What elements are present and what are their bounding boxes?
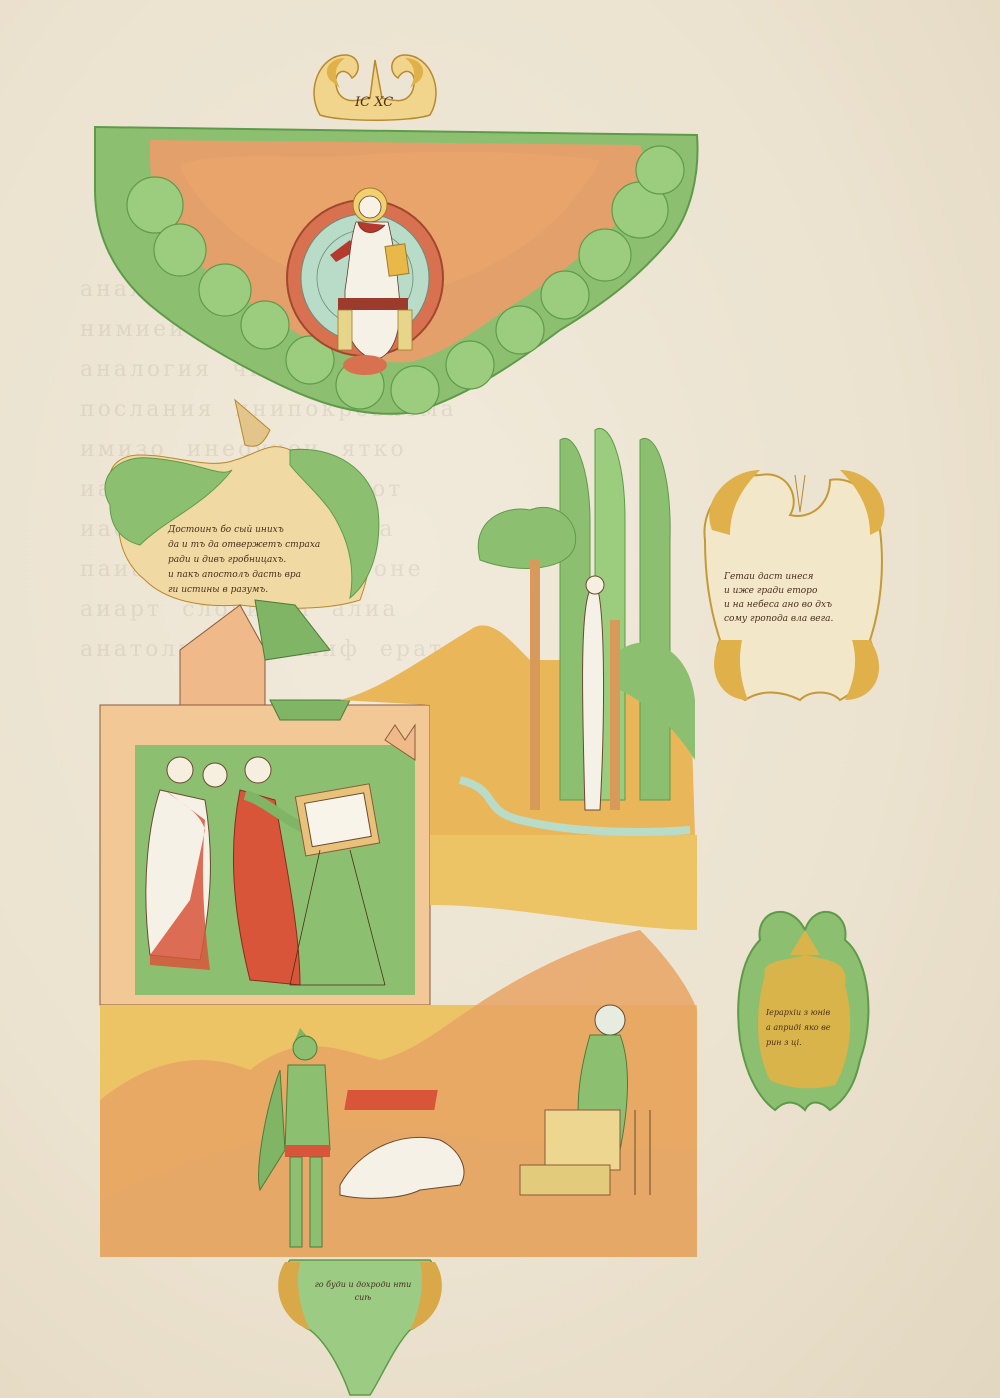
bottom-caption-line: го буди и дохроди нти [308, 1278, 418, 1291]
small-right-caption-text: Іерархіи з юнів а априді яко ве рин з ці… [766, 1005, 831, 1050]
left-caption-text: Достоинъ бо сый инихъ да и тъ да отверже… [168, 523, 320, 598]
small-right-caption-line: рин з ці. [766, 1035, 831, 1050]
right-caption-text: Гетаи даст инеся и иже гради еторо и на … [724, 570, 833, 626]
left-caption-line: ради и дивъ гробницахъ. [168, 553, 320, 568]
right-caption-line: и на небеса ано во дхъ [724, 598, 833, 612]
bottom-caption-text: го буди и дохроди нти сиѣ [308, 1278, 418, 1304]
heaven-cloud-arc [95, 127, 698, 414]
top-cartouche [314, 55, 436, 120]
small-right-caption-line: а априді яко ве [766, 1020, 831, 1035]
left-caption-line: и пакъ апостолъ дасть вра [168, 568, 320, 583]
left-caption-line: да и тъ да отвержетъ страха [168, 538, 320, 553]
left-caption-line: Достоинъ бо сый инихъ [168, 523, 320, 538]
church-scene [100, 600, 430, 1005]
right-caption-line: сому гропода вла вега. [724, 612, 833, 626]
top-cartouche-label: IC XC [355, 95, 393, 110]
bottom-caption-line: сиѣ [308, 1291, 418, 1304]
left-caption-line: ги истины в разумъ. [168, 583, 320, 598]
small-right-caption-line: Іерархіи з юнів [766, 1005, 831, 1020]
right-caption-line: Гетаи даст инеся [724, 570, 833, 584]
right-caption-line: и иже гради еторо [724, 584, 833, 598]
illumination-artwork [0, 0, 1000, 1398]
